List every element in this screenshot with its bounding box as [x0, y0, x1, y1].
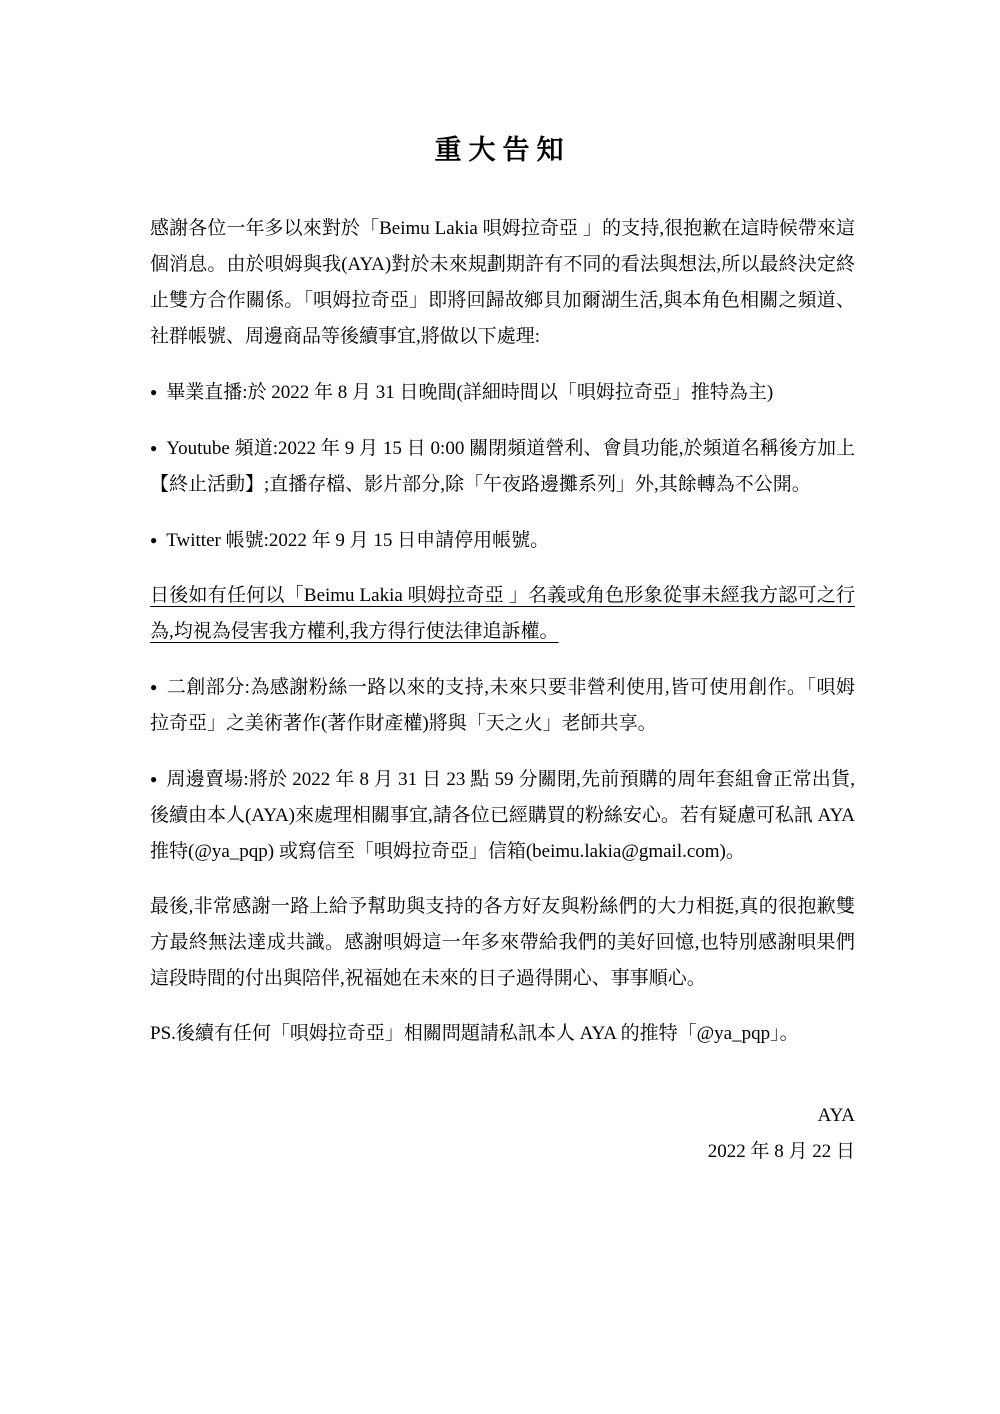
- signature-date: 2022 年 8 月 22 日: [150, 1134, 855, 1170]
- bullet-item-fan-works: ●二創部分:為感謝粉絲一路以來的支持,未來只要非營利使用,皆可使用創作。「唄姆拉…: [150, 669, 855, 742]
- bullet-icon: ●: [150, 533, 157, 547]
- bullet-item-twitter-account: ●Twitter 帳號:2022 年 9 月 15 日申請停用帳號。: [150, 522, 855, 559]
- page-title: 重大告知: [150, 128, 855, 167]
- bullet-icon: ●: [150, 680, 158, 694]
- bullet-text-twitter-account: Twitter 帳號:2022 年 9 月 15 日申請停用帳號。: [166, 530, 549, 551]
- intro-paragraph: 感謝各位一年多以來對於「Beimu Lakia 唄姆拉奇亞 」的支持,很抱歉在這…: [150, 211, 855, 355]
- announcement-page: 重大告知 感謝各位一年多以來對於「Beimu Lakia 唄姆拉奇亞 」的支持,…: [0, 0, 1000, 1414]
- bullet-text-merch-store: 周邊賣場:將於 2022 年 8 月 31 日 23 點 59 分關閉,先前預購…: [150, 769, 855, 862]
- bullet-icon: ●: [150, 385, 157, 399]
- bullet-item-graduation-stream: ●畢業直播:於 2022 年 8 月 31 日晚間(詳細時間以「唄姆拉奇亞」推特…: [150, 374, 855, 411]
- legal-notice-paragraph: 日後如有任何以「Beimu Lakia 唄姆拉奇亞 」名義或角色形象從事未經我方…: [150, 578, 855, 650]
- signature-block: AYA 2022 年 8 月 22 日: [150, 1098, 855, 1170]
- closing-paragraph: 最後,非常感謝一路上給予幫助與支持的各方好友與粉絲們的大力相挺,真的很抱歉雙方最…: [150, 889, 855, 997]
- postscript-paragraph: PS.後續有任何「唄姆拉奇亞」相關問題請私訊本人 AYA 的推特「@ya_pqp…: [150, 1016, 855, 1052]
- bullet-item-youtube-channel: ●Youtube 頻道:2022 年 9 月 15 日 0:00 關閉頻道營利、…: [150, 430, 855, 503]
- bullet-icon: ●: [150, 441, 157, 455]
- bullet-text-youtube-channel: Youtube 頻道:2022 年 9 月 15 日 0:00 關閉頻道營利、會…: [150, 438, 855, 495]
- bullet-icon: ●: [150, 772, 157, 786]
- bullet-text-fan-works: 二創部分:為感謝粉絲一路以來的支持,未來只要非營利使用,皆可使用創作。「唄姆拉奇…: [150, 677, 855, 734]
- bullet-item-merch-store: ●周邊賣場:將於 2022 年 8 月 31 日 23 點 59 分關閉,先前預…: [150, 761, 855, 870]
- signature-name: AYA: [150, 1098, 855, 1134]
- bullet-text-graduation-stream: 畢業直播:於 2022 年 8 月 31 日晚間(詳細時間以「唄姆拉奇亞」推特為…: [166, 382, 773, 403]
